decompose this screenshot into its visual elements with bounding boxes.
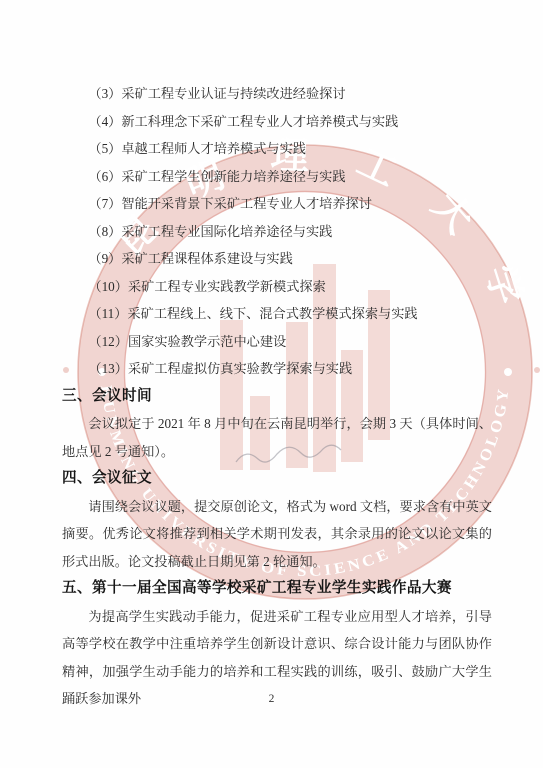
scanned-page: 昆明理工大学 KUNMING UNIVERSITY OF SCIENCE AND… — [0, 0, 543, 768]
call-for-papers-paragraph: 请围绕会议议题，提交原创论文，格式为 word 文档，要求含有中英文摘要。优秀论… — [62, 493, 492, 576]
topic-item-9: （9）采矿工程课程体系建设与实践 — [62, 245, 492, 273]
seal-edge-dot-right — [534, 367, 540, 373]
topic-item-13: （13）采矿工程虚拟仿真实验教学探索与实践 — [62, 355, 492, 383]
topic-item-7: （7）智能开采背景下采矿工程专业人才培养探讨 — [62, 190, 492, 218]
section-heading-competition: 五、第十一届全国高等学校采矿工程专业学生实践作品大赛 — [62, 575, 492, 603]
meeting-time-paragraph: 会议拟定于 2021 年 8 月中旬在云南昆明举行，会期 3 天（具体时间、地点… — [62, 410, 492, 465]
page-number: 2 — [0, 693, 543, 705]
topic-item-10: （10）采矿工程专业实践教学新模式探索 — [62, 273, 492, 301]
topic-item-5: （5）卓越工程师人才培养模式与实践 — [62, 135, 492, 163]
topic-item-8: （8）采矿工程专业国际化培养途径与实践 — [62, 218, 492, 246]
topic-item-4: （4）新工科理念下采矿工程专业人才培养模式与实践 — [62, 108, 492, 136]
seal-separator-dot-right — [504, 368, 512, 376]
topic-item-3: （3）采矿工程专业认证与持续改进经验探讨 — [62, 80, 492, 108]
section-heading-call-for-papers: 四、会议征文 — [62, 465, 492, 493]
document-body: （3）采矿工程专业认证与持续改进经验探讨 （4）新工科理念下采矿工程专业人才培养… — [62, 80, 492, 713]
topic-item-6: （6）采矿工程学生创新能力培养途径与实践 — [62, 163, 492, 191]
topic-item-11: （11）采矿工程线上、线下、混合式教学模式探索与实践 — [62, 300, 492, 328]
topic-item-12: （12）国家实验教学示范中心建设 — [62, 328, 492, 356]
section-heading-meeting-time: 三、会议时间 — [62, 383, 492, 411]
